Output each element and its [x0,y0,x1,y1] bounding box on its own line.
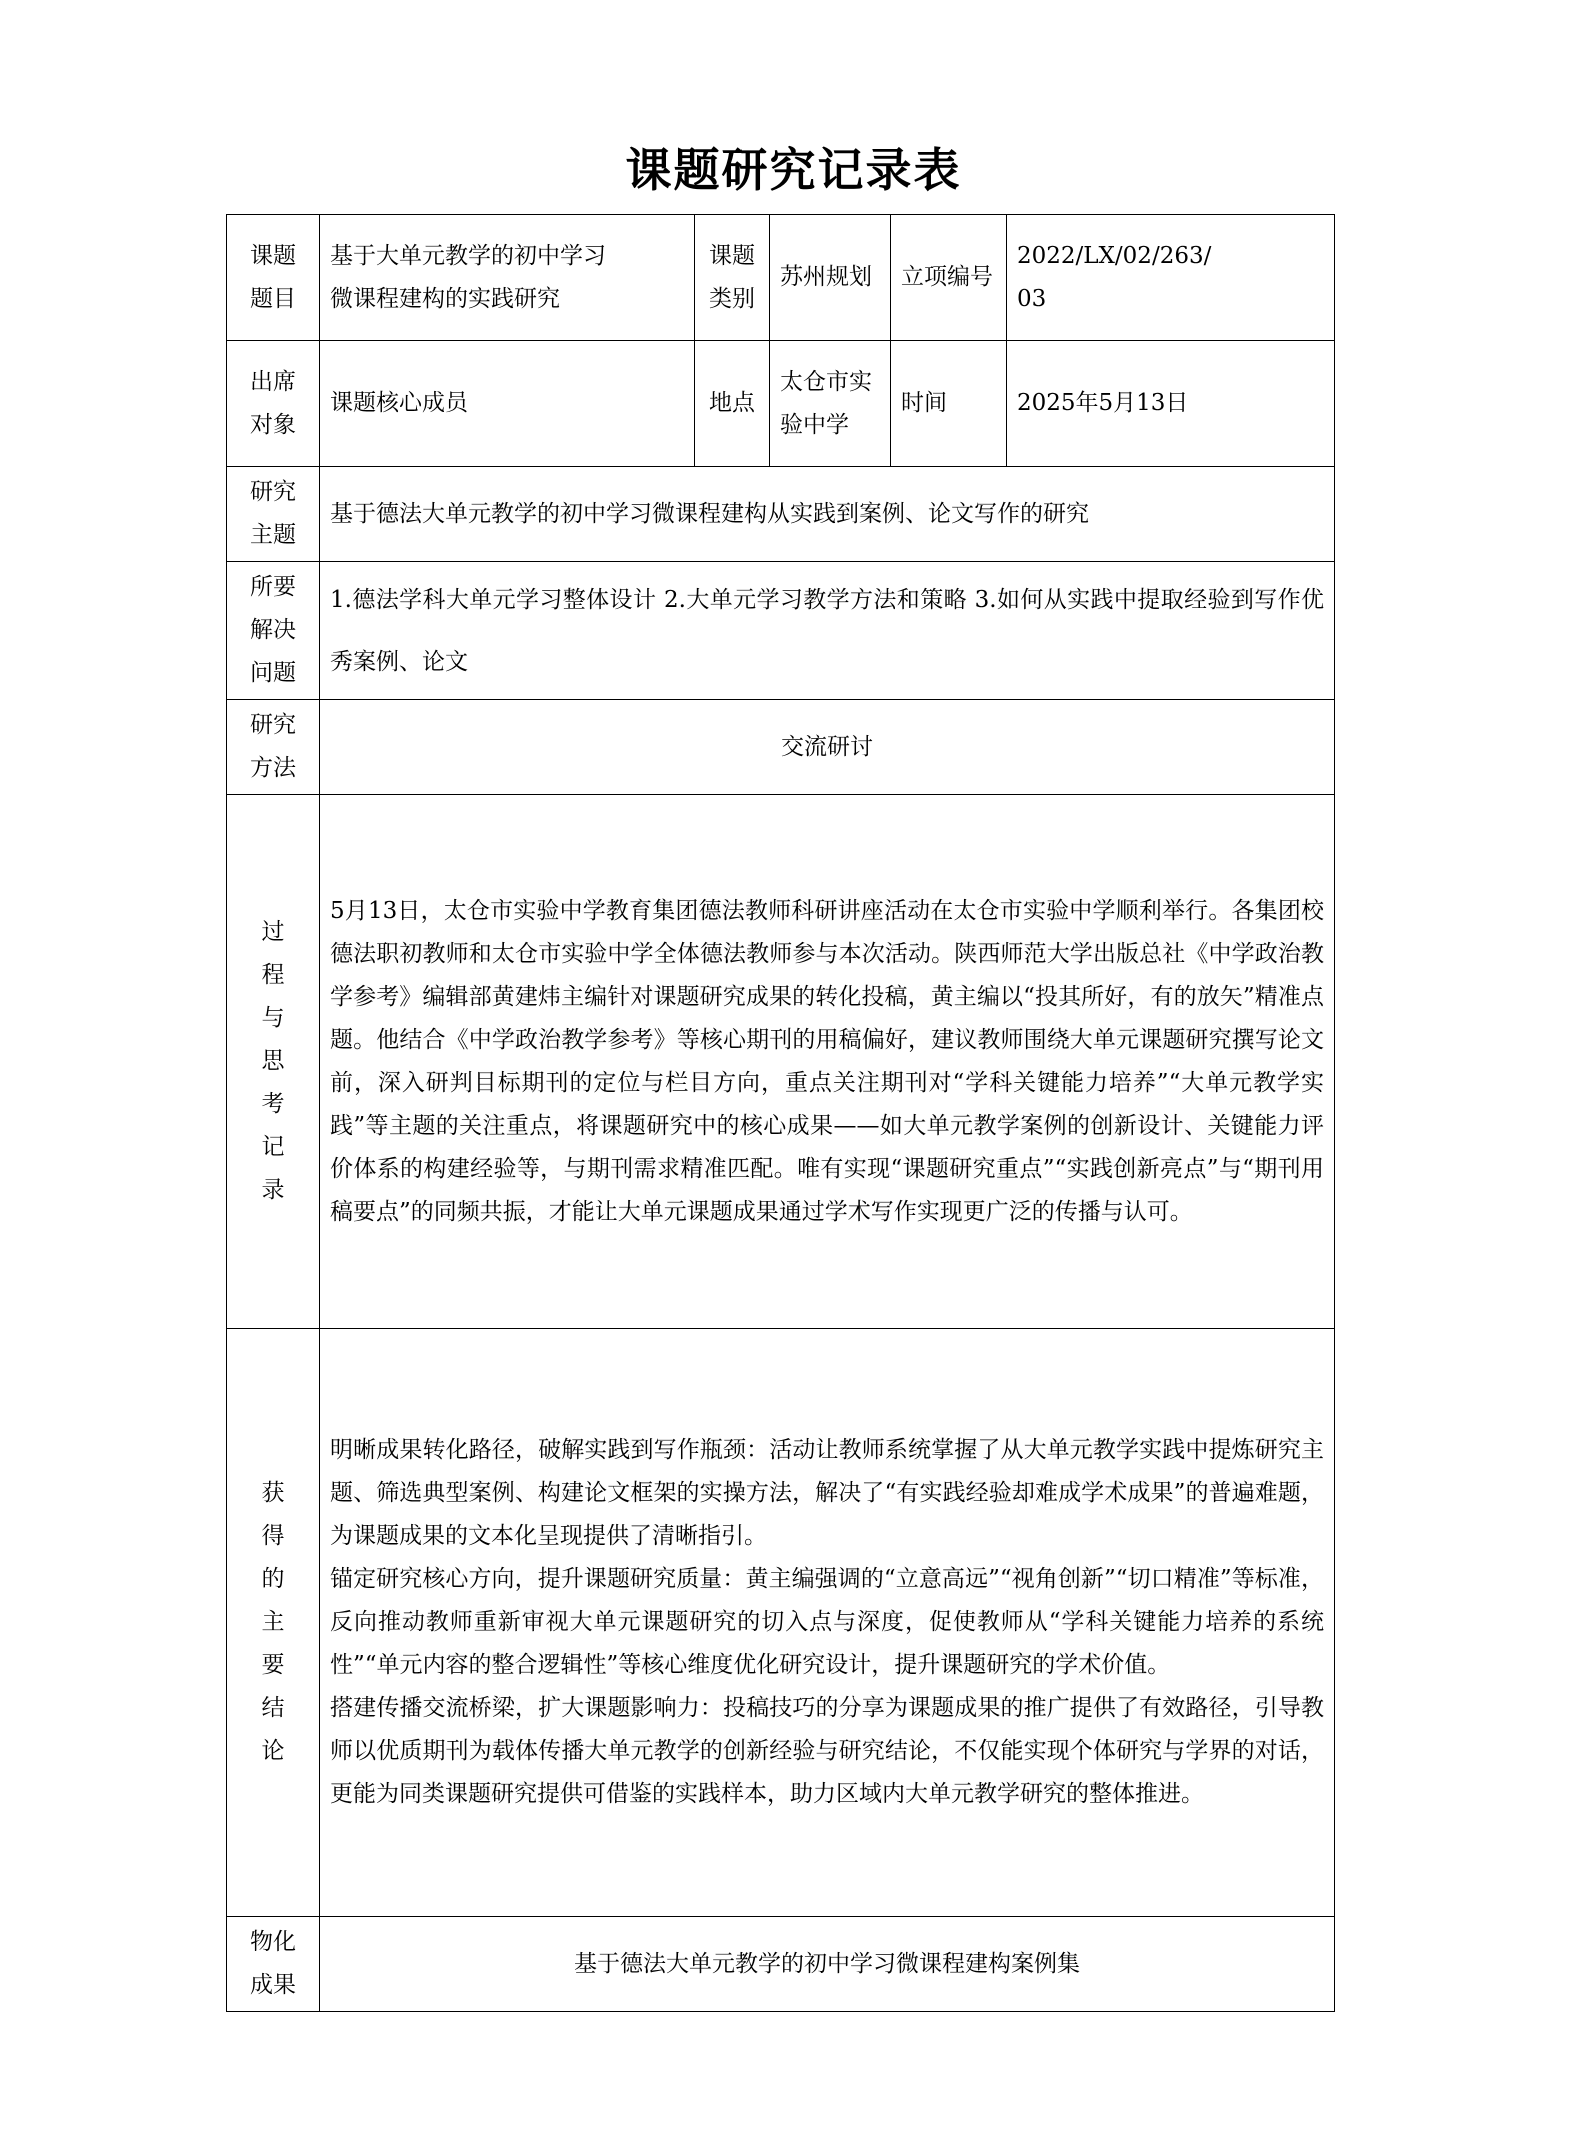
attendees-label: 出席 对象 [227,341,320,467]
time-label: 时间 [891,341,1007,467]
row-attendees: 出席 对象 课题核心成员 地点 太仓市实 验中学 时间 2025年5月13日 [227,341,1335,467]
problems-label: 所要 解决 问题 [227,562,320,700]
document-title: 课题研究记录表 [0,140,1587,200]
row-conclusions: 获 得 的 主 要 结 论 明晰成果转化路径，破解实践到写作瓶颈：活动让教师系统… [227,1329,1335,1917]
theme-value: 基于德法大单元教学的初中学习微课程建构从实践到案例、论文写作的研究 [320,467,1335,562]
output-value: 基于德法大单元教学的初中学习微课程建构案例集 [320,1917,1335,2012]
conclusion-paragraph: 明晰成果转化路径，破解实践到写作瓶颈：活动让教师系统掌握了从大单元教学实践中提炼… [330,1429,1324,1558]
output-label: 物化 成果 [227,1917,320,2012]
problems-value: 1.德法学科大单元学习整体设计 2.大单元学习教学方法和策略 3.如何从实践中提… [320,562,1335,700]
topic-value: 基于大单元教学的初中学习 微课程建构的实践研究 [320,215,695,341]
place-value: 太仓市实 验中学 [770,341,891,467]
row-theme: 研究 主题 基于德法大单元教学的初中学习微课程建构从实践到案例、论文写作的研究 [227,467,1335,562]
row-output: 物化 成果 基于德法大单元教学的初中学习微课程建构案例集 [227,1917,1335,2012]
conclusion-paragraph: 搭建传播交流桥梁，扩大课题影响力：投稿技巧的分享为课题成果的推广提供了有效路径，… [330,1687,1324,1816]
topic-label: 课题 题目 [227,215,320,341]
row-process: 过 程 与 思 考 记 录 5月13日，太仓市实验中学教育集团德法教师科研讲座活… [227,795,1335,1329]
method-label: 研究 方法 [227,700,320,795]
method-value: 交流研讨 [320,700,1335,795]
row-problems: 所要 解决 问题 1.德法学科大单元学习整体设计 2.大单元学习教学方法和策略 … [227,562,1335,700]
row-method: 研究 方法 交流研讨 [227,700,1335,795]
time-value: 2025年5月13日 [1007,341,1335,467]
project-code-label: 立项编号 [891,215,1007,341]
category-value: 苏州规划 [770,215,891,341]
conclusions-text: 明晰成果转化路径，破解实践到写作瓶颈：活动让教师系统掌握了从大单元教学实践中提炼… [320,1329,1335,1917]
category-label: 课题 类别 [695,215,770,341]
row-topic: 课题 题目 基于大单元教学的初中学习 微课程建构的实践研究 课题 类别 苏州规划… [227,215,1335,341]
process-record-text: 5月13日，太仓市实验中学教育集团德法教师科研讲座活动在太仓市实验中学顺利举行。… [320,795,1335,1329]
conclusion-paragraph: 锚定研究核心方向，提升课题研究质量：黄主编强调的“立意高远”“视角创新”“切口精… [330,1558,1324,1687]
conclusions-label: 获 得 的 主 要 结 论 [227,1329,320,1917]
project-code-value: 2022/LX/02/263/ 03 [1007,215,1335,341]
place-label: 地点 [695,341,770,467]
attendees-value: 课题核心成员 [320,341,695,467]
process-label: 过 程 与 思 考 记 录 [227,795,320,1329]
research-record-table: 课题 题目 基于大单元教学的初中学习 微课程建构的实践研究 课题 类别 苏州规划… [226,214,1335,2012]
theme-label: 研究 主题 [227,467,320,562]
